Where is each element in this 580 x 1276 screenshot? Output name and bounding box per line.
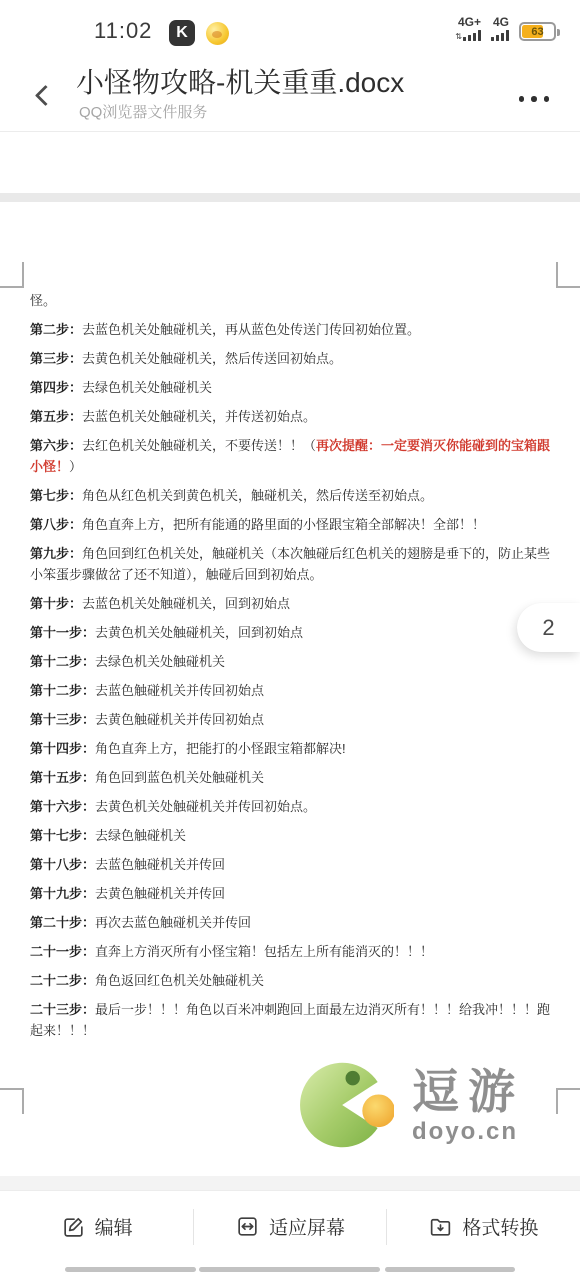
- step-label: 第十七步：: [30, 828, 95, 843]
- doc-paragraph: 第二步：去蓝色机关处触碰机关，再从蓝色处传送门传回初始位置。: [30, 319, 551, 340]
- more-dots-icon: [531, 96, 537, 102]
- step-label: 第十八步：: [30, 857, 95, 872]
- doc-paragraph: 第四步：去绿色机关处触碰机关: [30, 377, 551, 398]
- step-text: 去绿色机关处触碰机关: [95, 654, 225, 669]
- doc-paragraph: 二十三步：最后一步！！！角色以百米冲刺跑回上面最左边消灭所有！！！给我冲！！！跑…: [30, 999, 551, 1041]
- step-text: 去黄色机关处触碰机关并传回初始点。: [95, 799, 316, 814]
- convert-download-icon: [428, 1214, 453, 1239]
- step-label: 第四步：: [30, 380, 82, 395]
- step-label: 第九步：: [30, 546, 82, 561]
- doc-paragraph: 第十步：去蓝色机关处触碰机关，回到初始点: [30, 593, 551, 614]
- step-text: 再次去蓝色触碰机关并传回: [95, 915, 251, 930]
- bottom-bar-segment: [199, 1267, 380, 1272]
- step-label: 第十二步：: [30, 654, 95, 669]
- bottom-strip: [0, 1262, 580, 1276]
- step-text: 去绿色机关处触碰机关: [82, 380, 212, 395]
- watermark: 逗游 doyo.cn: [298, 1056, 524, 1154]
- doc-paragraph: 二十一步：直奔上方消灭所有小怪宝箱！包括左上所有能消灭的！！！: [30, 941, 551, 962]
- edit-button[interactable]: 编辑: [0, 1191, 193, 1262]
- step-text: 怪。: [30, 293, 56, 308]
- doc-paragraph: 第三步：去黄色机关处触碰机关，然后传送回初始点。: [30, 348, 551, 369]
- step-label: 第七步：: [30, 488, 82, 503]
- doc-paragraph: 第九步：角色回到红色机关处，触碰机关（本次触碰后红色机关的翅膀是垂下的，防止某些…: [30, 543, 551, 585]
- step-text: 去黄色触碰机关并传回初始点: [95, 712, 264, 727]
- toolbar-label: 格式转换: [462, 1213, 538, 1240]
- step-text: 去黄色机关处触碰机关，回到初始点: [95, 625, 303, 640]
- step-label: 第十四步：: [30, 741, 95, 756]
- step-text: 去绿色触碰机关: [95, 828, 186, 843]
- data-arrows-icon: ⇅: [455, 33, 462, 41]
- more-options-button[interactable]: [508, 84, 560, 114]
- page-gap: [0, 193, 580, 202]
- step-label: 第十二步：: [30, 683, 95, 698]
- doc-paragraph: 第十四步：角色直奔上方，把能打的小怪跟宝箱都解决!: [30, 738, 551, 759]
- doc-paragraph: 第十二步：去蓝色触碰机关并传回初始点: [30, 680, 551, 701]
- status-bar: 11:02 K 4G+ ⇅ 4G 63: [0, 0, 580, 58]
- fit-screen-icon: [235, 1214, 260, 1239]
- step-text: 角色回到红色机关处，触碰机关（本次触碰后红色机关的翅膀是垂下的，防止某些小笨蛋步…: [30, 546, 550, 582]
- document-title: 小怪物攻略-机关重重.docx: [76, 61, 404, 101]
- doyo-pacman-logo-icon: [298, 1056, 394, 1154]
- doc-paragraphs: 怪。第二步：去蓝色机关处触碰机关，再从蓝色处传送门传回初始位置。第三步：去黄色机…: [30, 290, 551, 1049]
- network-type-label: 4G: [493, 16, 509, 28]
- step-text: 去蓝色触碰机关并传回初始点: [95, 683, 264, 698]
- corner-mark: [0, 262, 24, 288]
- step-label: 二十二步：: [30, 973, 95, 988]
- step-label: 第十步：: [30, 596, 82, 611]
- bottom-bar-segment: [65, 1267, 196, 1272]
- step-label: 第八步：: [30, 517, 82, 532]
- doc-paragraph: 第八步：角色直奔上方，把所有能通的路里面的小怪跟宝箱全部解决！全部！！: [30, 514, 551, 535]
- toolbar-divider: [386, 1209, 387, 1245]
- step-text: 去蓝色机关处触碰机关，并传送初始点。: [82, 409, 316, 424]
- back-button[interactable]: [26, 76, 66, 116]
- doc-paragraph: 第六步：去红色机关处触碰机关，不要传送！！（再次提醒：一定要消灭你能碰到的宝箱跟…: [30, 435, 551, 477]
- doc-paragraph: 第十三步：去黄色触碰机关并传回初始点: [30, 709, 551, 730]
- bottom-toolbar: 编辑 适应屏幕 格式转换: [0, 1190, 580, 1262]
- step-label: 二十三步：: [30, 1002, 95, 1017]
- step-label: 第十六步：: [30, 799, 95, 814]
- step-label: 第十三步：: [30, 712, 95, 727]
- step-label: 第二步：: [30, 322, 82, 337]
- step-text: 去蓝色机关处触碰机关，再从蓝色处传送门传回初始位置。: [82, 322, 420, 337]
- page-number-bubble[interactable]: 2: [517, 603, 580, 652]
- step-label: 第十五步：: [30, 770, 95, 785]
- corner-mark: [556, 1088, 580, 1114]
- step-label: 第五步：: [30, 409, 82, 424]
- doc-paragraph: 第十二步：去绿色机关处触碰机关: [30, 651, 551, 672]
- document-page: 怪。第二步：去蓝色机关处触碰机关，再从蓝色处传送门传回初始位置。第三步：去黄色机…: [0, 202, 580, 1176]
- format-convert-button[interactable]: 格式转换: [387, 1191, 580, 1262]
- watermark-domain: doyo.cn: [412, 1119, 524, 1145]
- doc-paragraph: 第十九步：去黄色触碰机关并传回: [30, 883, 551, 904]
- battery-nub: [557, 29, 560, 36]
- back-chevron-icon: [35, 85, 56, 106]
- corner-mark: [0, 1088, 24, 1114]
- doc-paragraph: 二十二步：角色返回红色机关处触碰机关: [30, 970, 551, 991]
- step-text: 角色返回红色机关处触碰机关: [95, 973, 264, 988]
- battery-icon: 63: [519, 22, 556, 41]
- step-text: 去黄色机关处触碰机关，然后传送回初始点。: [82, 351, 342, 366]
- step-text: 去红色机关处触碰机关，不要传送！！（: [82, 438, 316, 453]
- step-text: 角色直奔上方，把所有能通的路里面的小怪跟宝箱全部解决！全部！！: [82, 517, 485, 532]
- step-label: 第十九步：: [30, 886, 95, 901]
- step-label: 第二十步：: [30, 915, 95, 930]
- document-source-label: QQ浏览器文件服务: [79, 101, 207, 122]
- doc-paragraph: 第十六步：去黄色机关处触碰机关并传回初始点。: [30, 796, 551, 817]
- step-label: 第十一步：: [30, 625, 95, 640]
- sim2-signal: 4G: [491, 16, 509, 41]
- step-text: 角色直奔上方，把能打的小怪跟宝箱都解决!: [95, 741, 346, 756]
- doc-paragraph: 第十一步：去黄色机关处触碰机关，回到初始点: [30, 622, 551, 643]
- toolbar-label: 编辑: [95, 1213, 133, 1240]
- doc-paragraph: 第五步：去蓝色机关处触碰机关，并传送初始点。: [30, 406, 551, 427]
- sim1-signal: 4G+ ⇅: [455, 16, 481, 41]
- step-text: 角色从红色机关到黄色机关，触碰机关，然后传送至初始点。: [82, 488, 433, 503]
- step-text: ）: [69, 459, 82, 474]
- doc-paragraph: 第十七步：去绿色触碰机关: [30, 825, 551, 846]
- network-type-label: 4G+: [458, 16, 481, 28]
- doc-paragraph: 第十八步：去蓝色触碰机关并传回: [30, 854, 551, 875]
- edit-pencil-icon: [61, 1214, 86, 1239]
- step-text: 去黄色触碰机关并传回: [95, 886, 225, 901]
- fit-screen-button[interactable]: 适应屏幕: [193, 1191, 386, 1262]
- bottom-bar-segment: [385, 1267, 515, 1272]
- step-label: 第三步：: [30, 351, 82, 366]
- watermark-brand: 逗游: [412, 1066, 524, 1118]
- step-text: 直奔上方消灭所有小怪宝箱！包括左上所有能消灭的！！！: [95, 944, 433, 959]
- step-label: 第六步：: [30, 438, 82, 453]
- battery-percentage: 63: [521, 24, 554, 39]
- step-text: 去蓝色触碰机关并传回: [95, 857, 225, 872]
- signal-bars-icon: [463, 30, 481, 41]
- toolbar-divider: [193, 1209, 194, 1245]
- corner-mark: [556, 262, 580, 288]
- step-label: 二十一步：: [30, 944, 95, 959]
- step-text: 最后一步！！！角色以百米冲刺跑回上面最左边消灭所有！！！给我冲！！！跑起来！！！: [30, 1002, 550, 1038]
- doc-paragraph: 第二十步：再次去蓝色触碰机关并传回: [30, 912, 551, 933]
- more-dots-icon: [519, 96, 525, 102]
- screen: 11:02 K 4G+ ⇅ 4G 63: [0, 0, 580, 1276]
- watermark-text: 逗游 doyo.cn: [412, 1066, 524, 1145]
- signal-bars-icon: [491, 30, 509, 41]
- doc-paragraph: 怪。: [30, 290, 551, 311]
- document-header: 小怪物攻略-机关重重.docx QQ浏览器文件服务: [0, 58, 580, 132]
- status-indicators: 4G+ ⇅ 4G 63: [455, 16, 556, 41]
- doc-paragraph: 第七步：角色从红色机关到黄色机关，触碰机关，然后传送至初始点。: [30, 485, 551, 506]
- step-text: 去蓝色机关处触碰机关，回到初始点: [82, 596, 290, 611]
- page-gap: [0, 1176, 580, 1190]
- toolbar-label: 适应屏幕: [269, 1213, 345, 1240]
- clock-time: 11:02: [94, 18, 152, 44]
- step-text: 角色回到蓝色机关处触碰机关: [95, 770, 264, 785]
- doc-paragraph: 第十五步：角色回到蓝色机关处触碰机关: [30, 767, 551, 788]
- k-app-notification-icon: K: [169, 20, 195, 46]
- more-dots-icon: [544, 96, 550, 102]
- mascot-notification-icon: [206, 22, 229, 45]
